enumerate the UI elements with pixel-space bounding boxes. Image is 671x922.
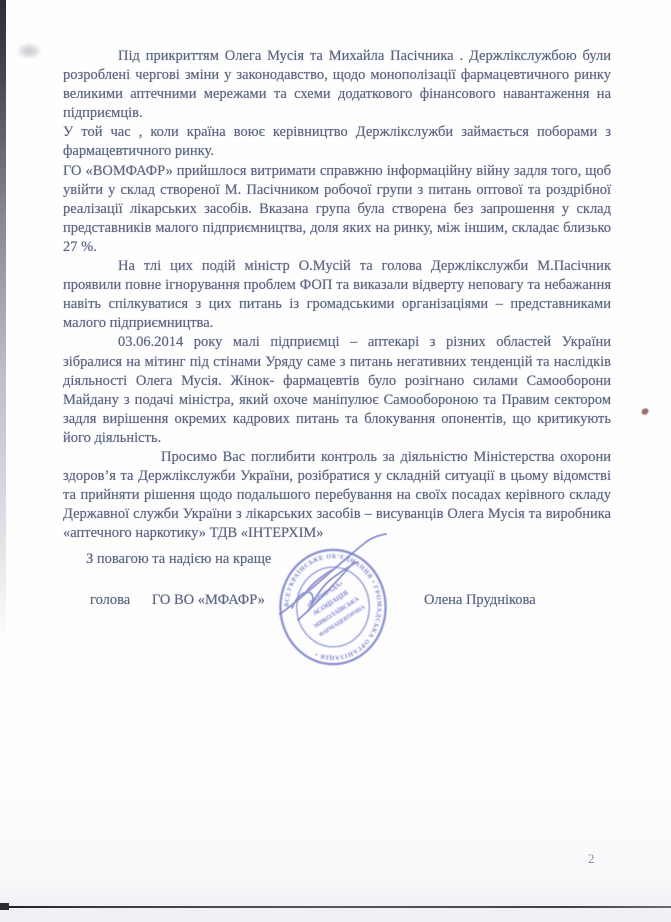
scan-edge-left	[0, 0, 6, 640]
scan-bottom-fade	[0, 884, 671, 906]
letter-paragraph: 03.06.2014 року малі підприємці – аптека…	[63, 333, 611, 448]
signature-organization: ГО ВО «МФАФР»	[152, 592, 265, 608]
ink-speck	[640, 407, 649, 416]
scan-corner-mark	[0, 903, 9, 910]
signature-name: Олена Пруднікова	[424, 592, 536, 609]
letter-body: Під прикриттям Олега Мусія та Михайла Па…	[63, 47, 611, 543]
handwritten-signature	[258, 532, 413, 647]
signature-role-title: голова	[90, 592, 130, 608]
scan-smudge	[18, 44, 40, 58]
letter-paragraph: Під прикриттям Олега Мусія та Михайла Па…	[63, 47, 611, 123]
letter-paragraph: На тлі цих подій міністр О.Мусій та голо…	[63, 257, 611, 333]
scan-margin-bottom	[0, 908, 671, 922]
signature-role: голова ГО ВО «МФАФР»	[90, 592, 265, 609]
letter-paragraph: ГО «ВОМФАФР» прийшлося витримати справжн…	[63, 162, 611, 257]
letter-paragraph: У той час , коли країна воює керівництво…	[63, 123, 611, 161]
page-number: 2	[588, 851, 595, 867]
letter-paragraph: Просимо Вас поглибити контроль за діяльн…	[63, 448, 611, 543]
scanned-letter-page: Під прикриттям Олега Мусія та Михайла Па…	[0, 0, 671, 922]
closing-line: З повагою та надією на краще	[86, 551, 271, 568]
